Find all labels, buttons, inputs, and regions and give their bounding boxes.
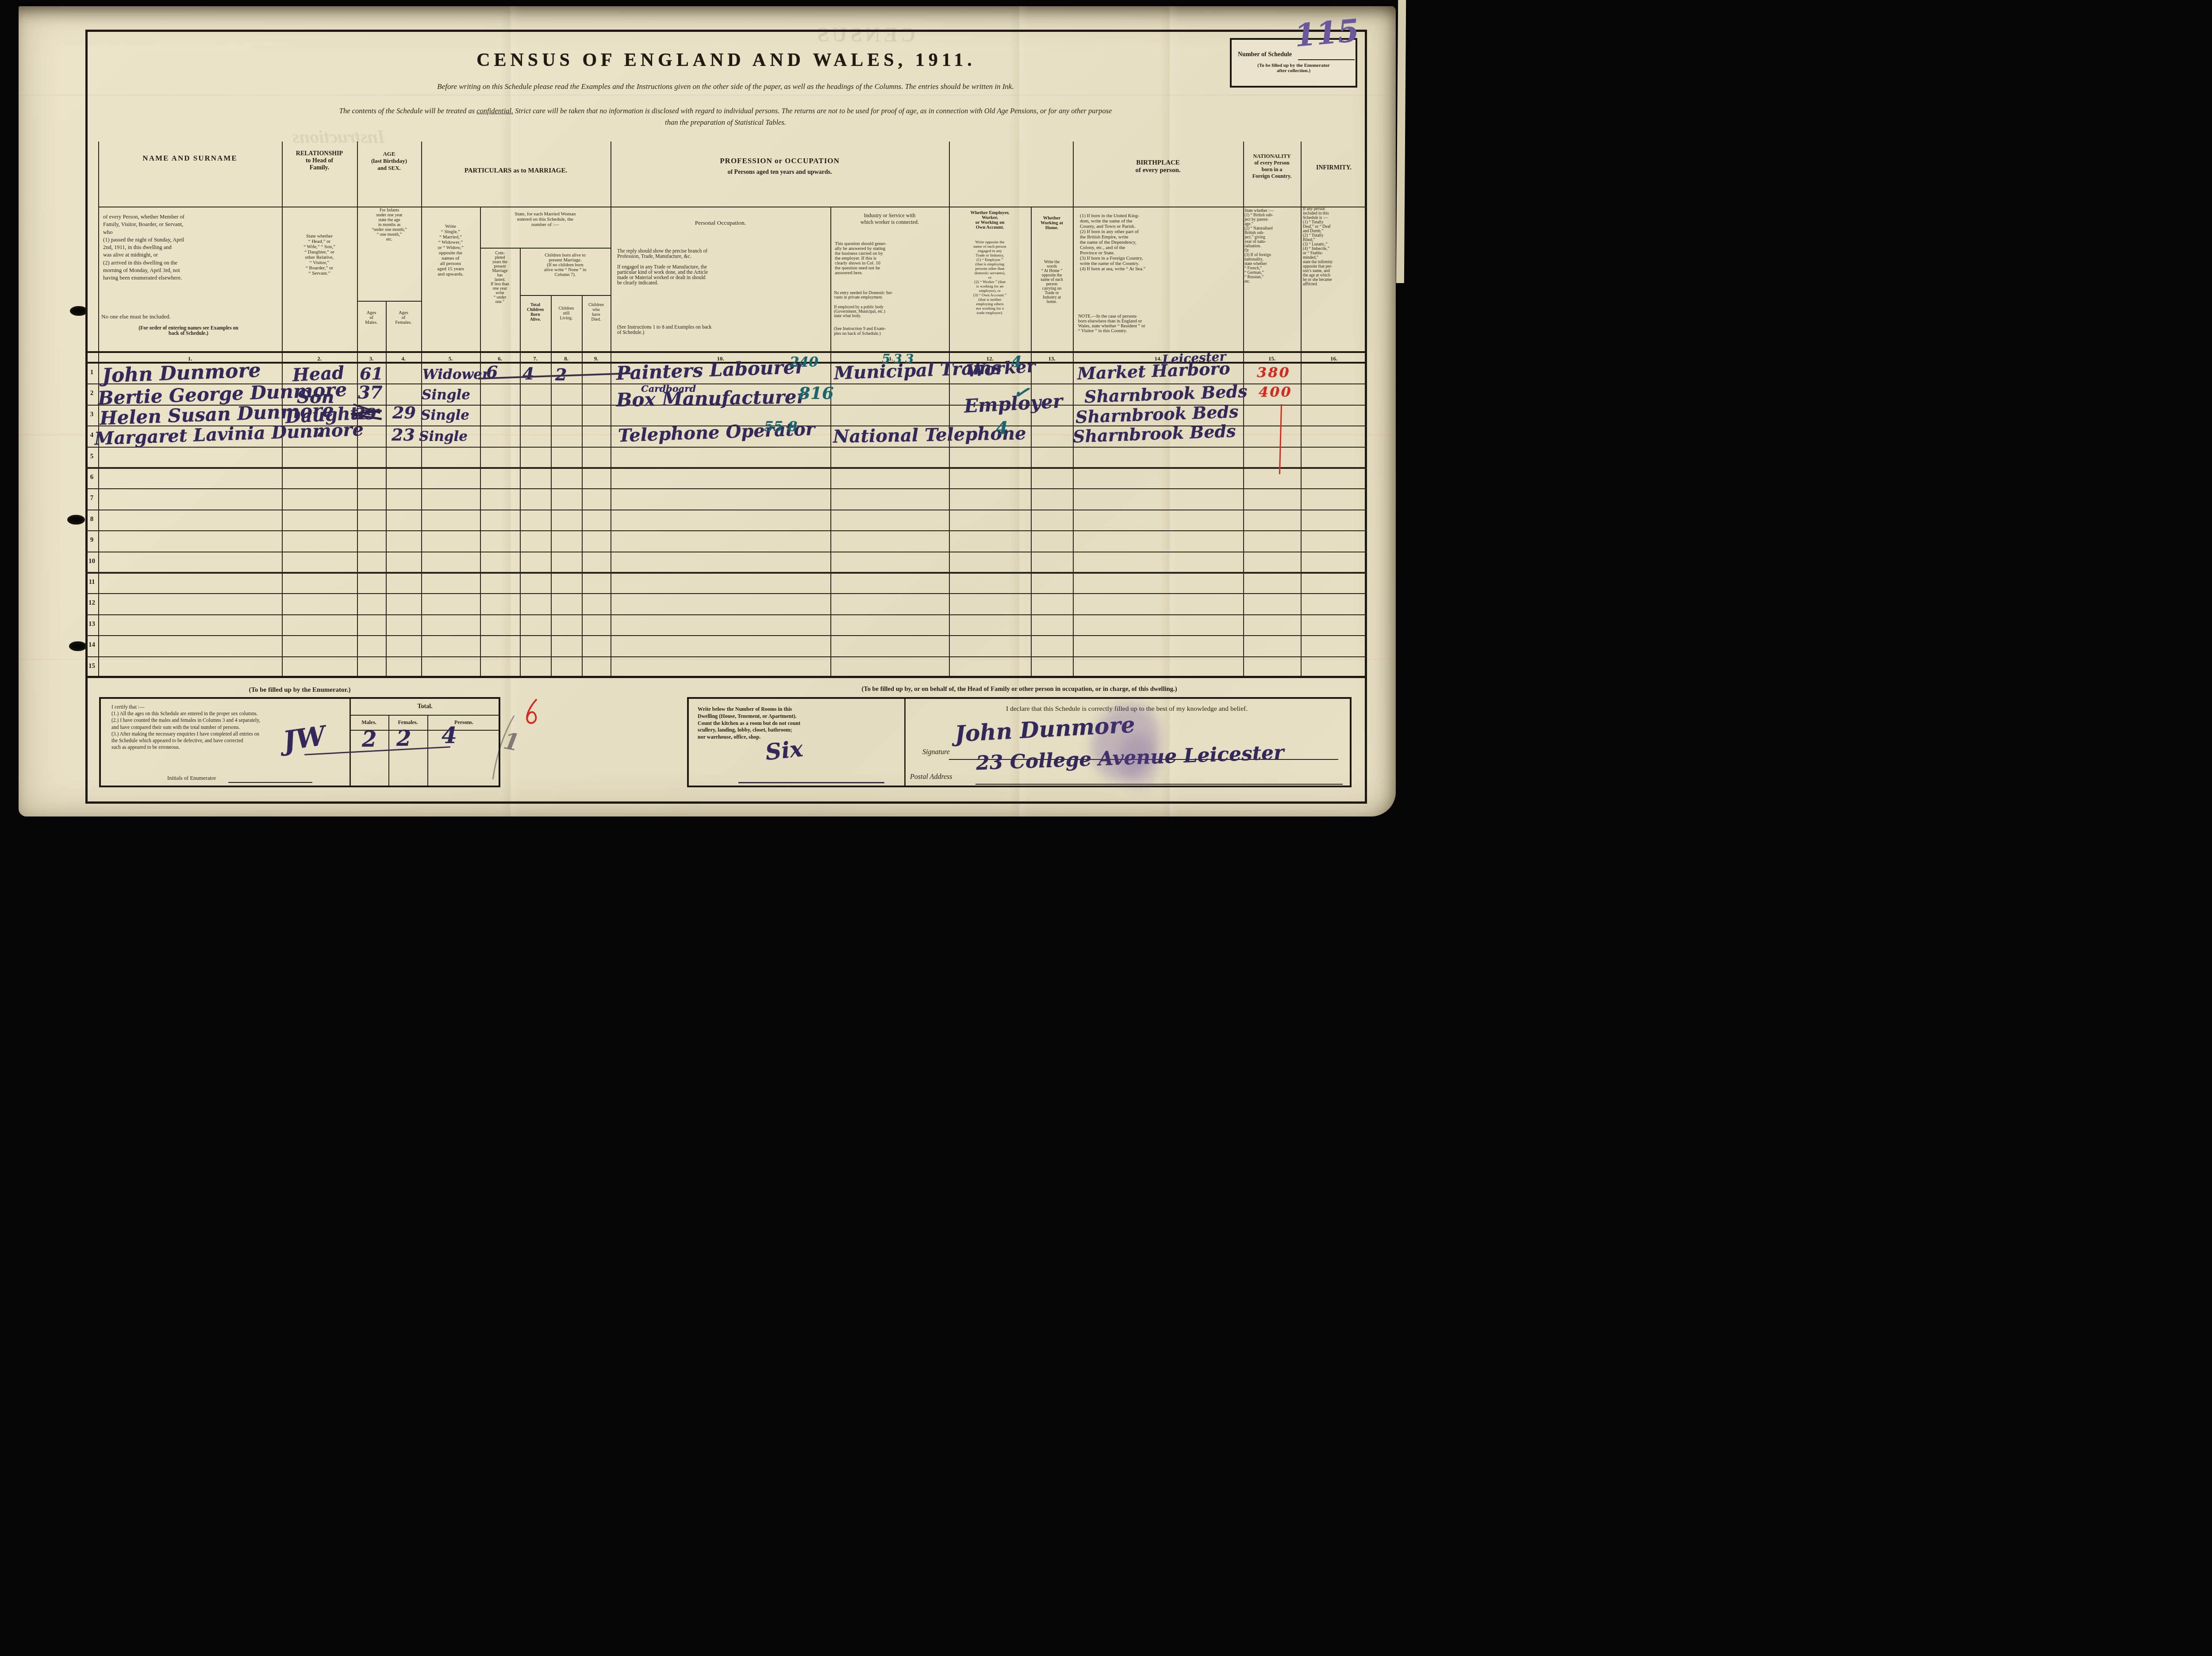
col2-instructions: State whether “ Head,” or “ Wife,” “ Son…	[284, 234, 355, 276]
col5-instructions: Write “ Single,” “ Married,” “ Widower,”…	[422, 224, 479, 277]
grid-line	[386, 353, 387, 362]
grid-line	[830, 207, 831, 351]
grid-line	[357, 364, 358, 676]
row-number: 2	[85, 390, 98, 397]
row-number: 12	[85, 599, 98, 607]
col12-instructions: Write opposite the name of each person e…	[951, 240, 1029, 315]
declaration-heading: (To be filled up by, or on behalf of, th…	[687, 686, 1352, 693]
grid-line	[98, 353, 99, 362]
col12-header: Whether Employer, Worker, or Working on …	[949, 211, 1031, 230]
grid-line	[386, 301, 387, 351]
signature-label: Signature	[922, 748, 950, 756]
grid-line	[582, 295, 583, 351]
schedule-number-note: (To be filled up by the Enumerator after…	[1232, 63, 1356, 73]
grid-line	[357, 142, 358, 351]
col-number: 11.	[830, 355, 949, 362]
rooms-value: Six	[764, 738, 804, 764]
grid-line	[1301, 353, 1302, 362]
row-number: 7	[85, 494, 98, 502]
col-number: 9.	[582, 355, 611, 362]
grid-line	[949, 142, 950, 351]
grid-line	[1031, 364, 1032, 676]
grid-line	[520, 295, 611, 296]
grid-line	[421, 142, 422, 351]
grid-line	[611, 353, 611, 362]
col-number: 14.	[1073, 355, 1243, 362]
col-number: 7.	[520, 355, 551, 362]
grid-line	[1073, 142, 1074, 351]
enumerator-initials-value: JW	[281, 723, 327, 755]
census-schedule-scan: { "title": "CENSUS OF ENGLAND AND WALES,…	[0, 0, 1412, 828]
col-number: 4.	[386, 355, 421, 362]
grid-line	[357, 301, 421, 302]
grid-line	[1073, 364, 1074, 676]
col2-header: RELATIONSHIP to Head of Family.	[282, 150, 357, 172]
grid-line	[85, 467, 1367, 469]
row-number: 9	[85, 537, 98, 544]
schedule-number-label: Number of Schedule	[1238, 51, 1292, 58]
row-number: 3	[85, 411, 98, 418]
row-number: 14	[85, 641, 98, 649]
grid-line	[949, 353, 950, 362]
row-number: 8	[85, 516, 98, 523]
grid-line	[830, 353, 831, 362]
col-number: 13.	[1031, 355, 1073, 362]
col3-header: Ages of Males.	[357, 310, 386, 325]
grid-line	[480, 207, 481, 351]
total-underline	[349, 715, 500, 716]
col11-header: Industry or Service with which worker is…	[830, 212, 949, 226]
children-group-note: Children born alive to present Marriage.…	[521, 253, 610, 277]
profession-group-header: PROFESSION or OCCUPATION	[611, 157, 949, 165]
col11-note3: (See Instruction 9 and Exam- ples on bac…	[834, 326, 946, 336]
age-infants-note: For Infants under one year state the age…	[356, 208, 422, 242]
col-number: 3.	[357, 355, 386, 362]
address-label: Postal Address	[910, 773, 952, 781]
col10-note: (See Instructions 1 to 8 and Examples on…	[617, 325, 825, 335]
col6-header: Com- pleted years the present Marriage h…	[480, 251, 519, 304]
col14-instructions: (1) If born in the United King- dom, wri…	[1080, 213, 1237, 272]
page-title: CENSUS OF ENGLAND AND WALES, 1911.	[85, 50, 1367, 71]
grid-line	[282, 353, 283, 362]
grid-line	[1301, 364, 1302, 676]
grid-line	[551, 295, 552, 351]
grid-line	[1031, 353, 1032, 362]
age-group-header: AGE (last Birthday) and SEX.	[357, 150, 421, 172]
table-header: NAME AND SURNAME of every Person, whethe…	[85, 142, 1367, 351]
col15-header: NATIONALITY of every Person born in a Fo…	[1243, 153, 1301, 180]
grid-line	[480, 364, 481, 676]
col14-header: BIRTHPLACE of every person.	[1073, 159, 1243, 174]
table-rows: 123456789101112131415	[85, 364, 1367, 678]
col-number: 16.	[1301, 355, 1367, 362]
confidential-emphasis: confidential.	[476, 107, 513, 115]
col-number: 10.	[611, 355, 830, 362]
grid-line	[1031, 207, 1032, 351]
grid-line	[1243, 142, 1244, 351]
grid-line	[98, 364, 99, 676]
grid-line	[520, 364, 521, 676]
schedule-number-line	[1298, 59, 1355, 60]
total-males-value: 2	[362, 729, 376, 750]
total-label: Total.	[349, 703, 500, 710]
enumerator-divider	[349, 699, 351, 786]
col14-note: NOTE.—In the case of persons born elsewh…	[1078, 314, 1237, 333]
enumerator-initials-label: Initials of Enumerator	[167, 775, 216, 782]
grid-line	[421, 364, 422, 676]
schedule-number-value: 115	[1293, 15, 1360, 51]
confidential-text: The contents of the Schedule will be tre…	[339, 107, 477, 115]
profession-group-subheader: of Persons aged ten years and upwards.	[611, 169, 949, 176]
column-number-strip: 1. 2. 3. 4. 5. 6. 7. 8. 9. 10. 11. 12. 1…	[85, 351, 1367, 364]
persons-label: Persons.	[427, 719, 500, 726]
females-label: Females.	[388, 719, 427, 726]
grid-line	[357, 353, 358, 362]
initials-line	[228, 782, 312, 783]
col9-header: Children who have Died.	[582, 303, 611, 322]
grid-line	[582, 364, 583, 676]
row-number: 15	[85, 663, 98, 670]
grid-line	[551, 353, 552, 362]
col-number: 8.	[551, 355, 582, 362]
grid-line	[1243, 353, 1244, 362]
married-woman-note: State, for each Married Woman entered on…	[481, 211, 609, 227]
grid-line	[520, 248, 521, 351]
grid-line	[282, 142, 283, 351]
col11-note1: No entry needed for Domestic Ser- vants …	[834, 291, 946, 300]
total-persons-value: 4	[442, 724, 457, 747]
col10-header: Personal Occupation.	[611, 219, 830, 226]
grid-line	[611, 364, 611, 676]
rooms-underline	[738, 782, 884, 783]
col11-instructions: This question should gener- ally be answ…	[835, 241, 945, 276]
grid-line	[98, 142, 99, 351]
grid-line	[1073, 353, 1074, 362]
col7-header: Total Children Born Alive.	[520, 303, 551, 322]
col10-instructions: The reply should show the precise branch…	[617, 249, 825, 286]
females-persons-divider	[427, 715, 428, 786]
row-number: 4	[85, 432, 98, 439]
address-line	[975, 784, 1343, 785]
grid-line	[421, 353, 422, 362]
grid-line	[830, 364, 831, 676]
col-number: 5.	[421, 355, 480, 362]
enumerator-heading: (To be filled up by the Enumerator.)	[99, 686, 500, 694]
col1-header: NAME AND SURNAME	[98, 154, 282, 163]
grid-line	[480, 353, 481, 362]
confidential-text: Strict care will be taken that no inform…	[513, 107, 1112, 115]
row-number: 5	[85, 453, 98, 460]
red-loop-mark	[521, 698, 541, 726]
col-number: 2.	[282, 355, 357, 362]
col8-header: Children still Living.	[551, 306, 582, 321]
row-number: 11	[85, 579, 98, 586]
declaration-divider	[904, 699, 906, 786]
col13-header: Whether Working at Home.	[1031, 216, 1073, 230]
grid-line	[611, 142, 611, 351]
grid-line	[949, 364, 950, 676]
punch-hole	[69, 641, 87, 651]
col-number: 12.	[949, 355, 1031, 362]
row-number: 6	[85, 474, 98, 481]
grid-line	[282, 364, 283, 676]
col-number: 6.	[480, 355, 520, 362]
grid-line	[480, 248, 611, 249]
grid-line	[1243, 364, 1244, 676]
grid-line	[85, 572, 1367, 574]
grid-line	[1301, 142, 1302, 351]
subtitle-instruction: Before writing on this Schedule please r…	[150, 82, 1301, 91]
col13-instructions: Write the words “ At Home ” opposite the…	[1032, 260, 1072, 304]
punch-hole	[67, 515, 85, 525]
confidential-paragraph: The contents of the Schedule will be tre…	[195, 105, 1256, 128]
punch-hole	[70, 306, 88, 316]
row-number: 10	[85, 558, 98, 565]
col-number: 15.	[1243, 355, 1301, 362]
row-number: 13	[85, 621, 98, 628]
col-number: 1.	[98, 355, 282, 362]
grid-line	[582, 353, 583, 362]
col11-note2: If employed by a public body (Government…	[834, 305, 946, 318]
col16-instructions: If any person included in this Schedule …	[1303, 207, 1365, 287]
next-page-edge	[1396, 0, 1406, 283]
col1-instructions: of every Person, whether Member of Famil…	[103, 213, 277, 282]
row-number: 1	[85, 369, 98, 376]
col16-header: INFIRMITY.	[1301, 165, 1367, 172]
grid-line	[520, 353, 521, 362]
marriage-group-header: PARTICULARS as to MARRIAGE.	[421, 167, 611, 175]
col1-note: No one else must be included.	[101, 313, 275, 320]
col15-instructions: State whether :— (1) “ British sub- ject…	[1244, 209, 1299, 284]
col4-header: Ages of Females.	[386, 310, 421, 325]
confidential-line2: than the preparation of Statistical Tabl…	[665, 118, 786, 126]
col1-order-note: (For order of entering names see Example…	[100, 326, 277, 336]
grid-line	[386, 364, 387, 676]
males-label: Males.	[349, 719, 388, 726]
grid-line	[551, 364, 552, 676]
total-females-value: 2	[396, 728, 411, 749]
grid-line	[98, 207, 1367, 207]
